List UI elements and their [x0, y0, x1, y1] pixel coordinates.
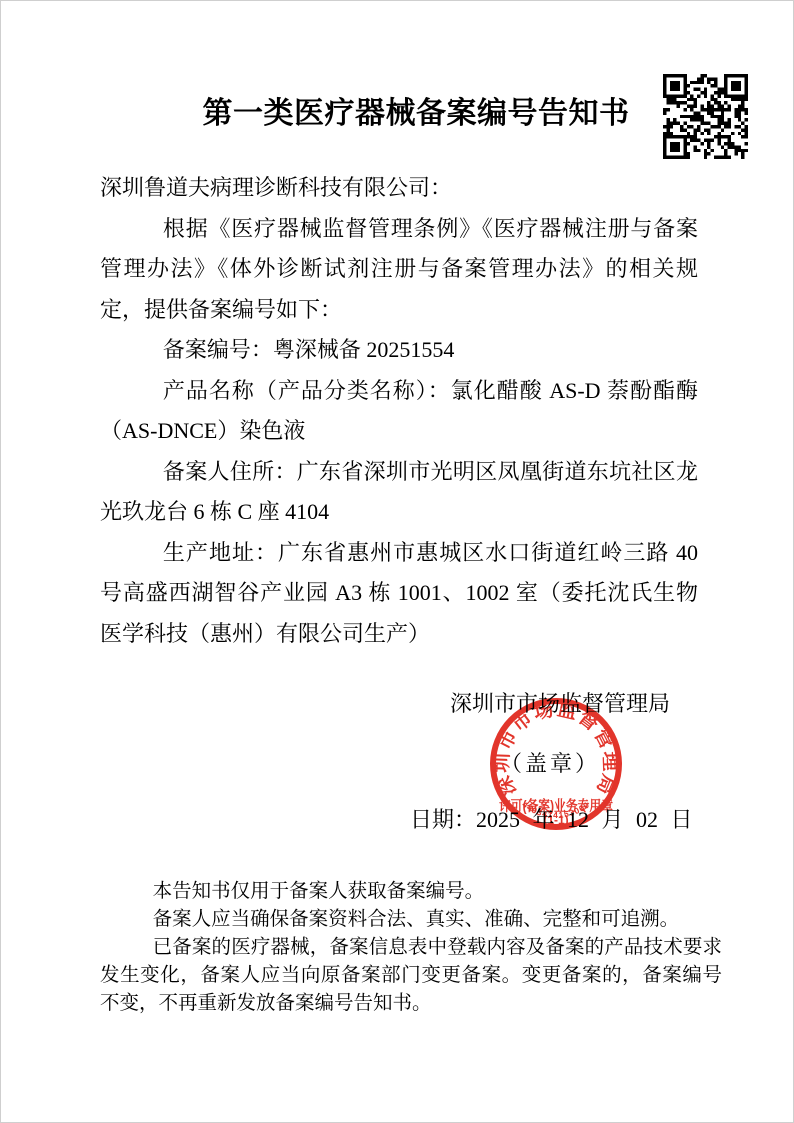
product-name-line: 产品名称（产品分类名称）：氯化醋酸 AS-D 萘酚酯酶（AS-DNCE）染色液 — [100, 371, 698, 452]
authority-name: 深圳市市场监督管理局 — [450, 687, 670, 718]
seal-placeholder-text: （盖章） — [500, 747, 600, 778]
registrant-address-line: 备案人住所：广东省深圳市光明区凤凰街道东坑社区龙光玖龙台 6 栋 C 座 410… — [100, 452, 698, 533]
footer-note: 已备案的医疗器械，备案信息表中登载内容及备案的产品技术要求发生变化，备案人应当向… — [100, 934, 722, 1018]
filing-number-line: 备案编号：粤深械备 20251554 — [100, 330, 698, 371]
document-page: 第一类医疗器械备案编号告知书 深圳鲁道夫病理诊断科技有限公司： 根据《医疗器械监… — [0, 0, 794, 1123]
footer-notes: 本告知书仅用于备案人获取备案编号。 备案人应当确保备案资料合法、真实、准确、完整… — [100, 878, 722, 1018]
recipient-line: 深圳鲁道夫病理诊断科技有限公司： — [100, 168, 698, 209]
document-body: 深圳鲁道夫病理诊断科技有限公司： 根据《医疗器械监督管理条例》《医疗器械注册与备… — [100, 168, 698, 654]
date-line: 日期：2025 年 12 月 02 日 — [410, 803, 693, 834]
intro-paragraph: 根据《医疗器械监督管理条例》《医疗器械注册与备案管理办法》《体外诊断试剂注册与备… — [100, 209, 698, 331]
document-title: 第一类医疗器械备案编号告知书 — [100, 88, 698, 132]
production-address-line: 生产地址：广东省惠州市惠城区水口街道红岭三路 40 号高盛西湖智谷产业园 A3 … — [100, 533, 698, 655]
footer-note: 备案人应当确保备案资料合法、真实、准确、完整和可追溯。 — [100, 906, 722, 934]
footer-note: 本告知书仅用于备案人获取备案编号。 — [100, 878, 722, 906]
